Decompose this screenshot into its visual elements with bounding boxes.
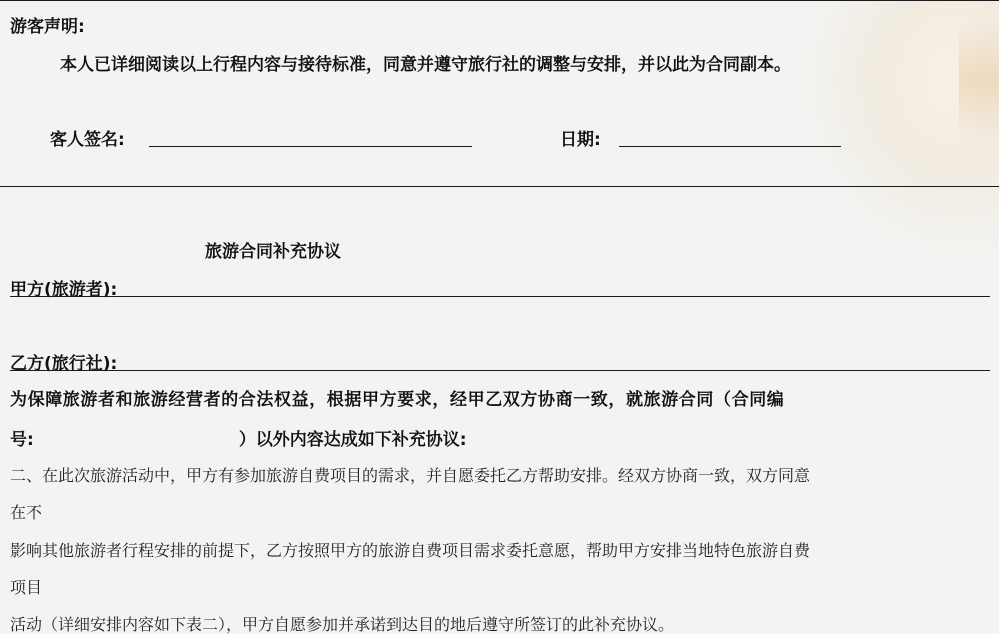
body-line: 在不 bbox=[10, 500, 42, 523]
agreement-intro-line2: 号:）以外内容达成如下补充协议: bbox=[10, 425, 467, 450]
contract-number-label: 号: bbox=[10, 430, 34, 450]
signature-field[interactable] bbox=[149, 146, 472, 147]
top-divider bbox=[0, 0, 999, 1]
background-flower-stem bbox=[959, 20, 999, 140]
signature-label: 客人签名: bbox=[50, 125, 125, 150]
body-line: 项目 bbox=[10, 575, 42, 598]
section-divider bbox=[0, 186, 999, 187]
background-flower-decoration bbox=[799, 0, 999, 260]
declaration-statement: 本人已详细阅读以上行程内容与接待标准，同意并遵守旅行社的调整与安排，并以此为合同… bbox=[60, 50, 791, 75]
body-line: 活动（详细安排内容如下表二），甲方自愿参加并承诺到达目的地后遵守所签订的此补充协… bbox=[10, 612, 674, 634]
date-label: 日期: bbox=[560, 125, 601, 150]
agreement-intro-suffix: ）以外内容达成如下补充协议: bbox=[239, 430, 467, 450]
agreement-intro-line1: 为保障旅游者和旅游经营者的合法权益，根据甲方要求，经甲乙双方协商一致，就旅游合同… bbox=[10, 385, 784, 410]
date-field[interactable] bbox=[619, 146, 841, 147]
party-a-field[interactable] bbox=[10, 296, 990, 297]
declaration-title: 游客声明: bbox=[10, 12, 85, 37]
body-line: 影响其他旅游者行程安排的前提下，乙方按照甲方的旅游自费项目需求委托意愿，帮助甲方… bbox=[10, 538, 810, 561]
party-b-field[interactable] bbox=[10, 370, 990, 371]
body-line: 二、在此次旅游活动中，甲方有参加旅游自费项目的需求，并自愿委托乙方帮助安排。经双… bbox=[10, 463, 810, 486]
agreement-title: 旅游合同补充协议 bbox=[205, 237, 341, 262]
